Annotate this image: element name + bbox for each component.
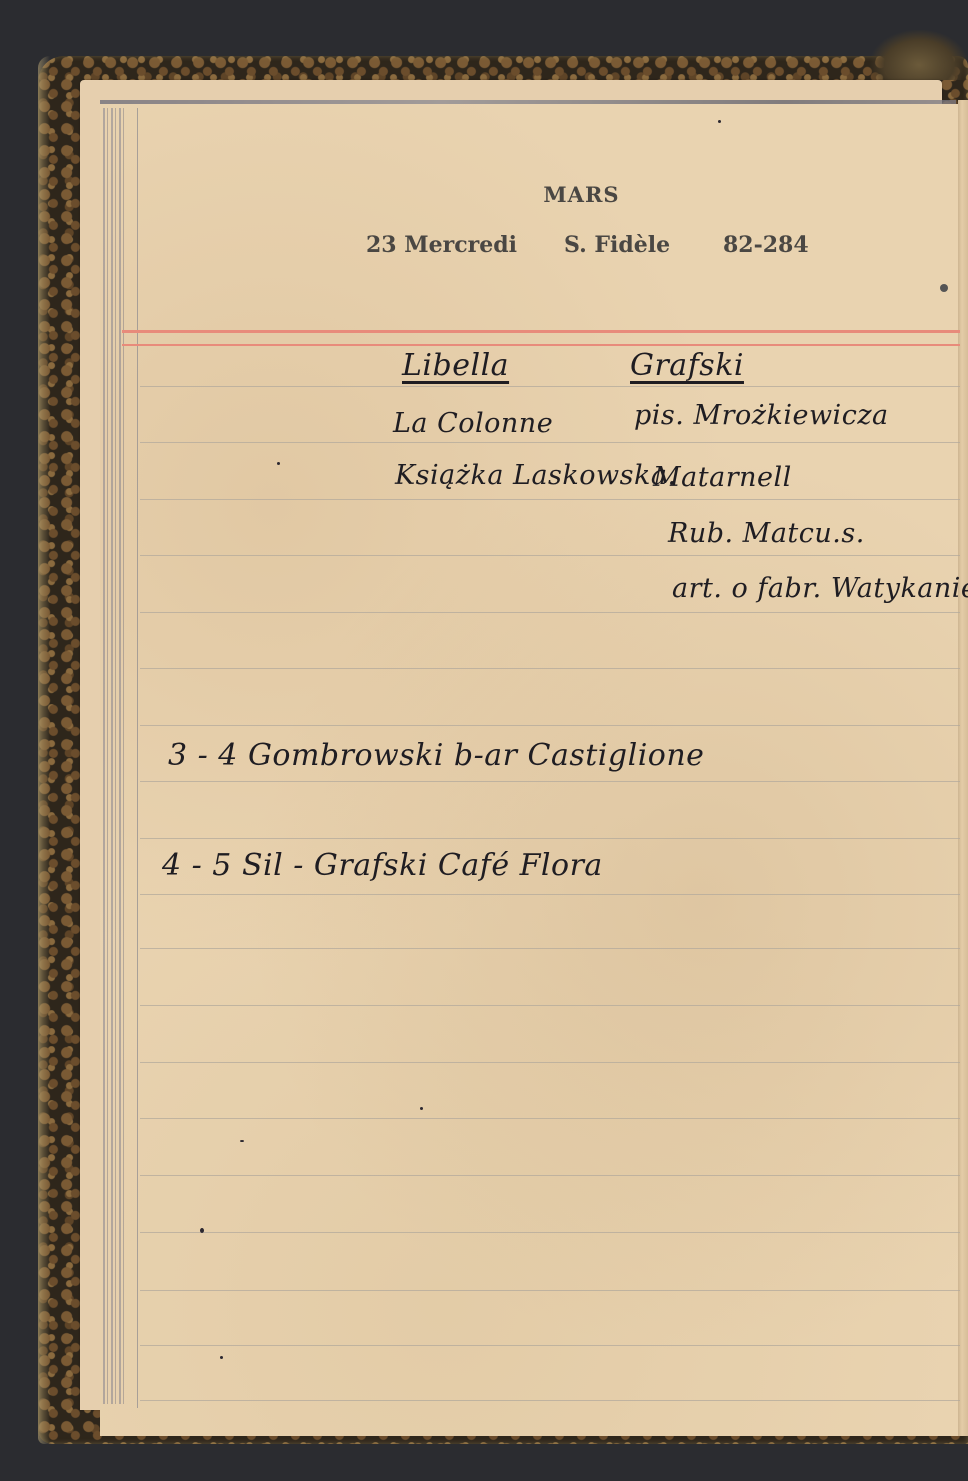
- ruled-line: [140, 386, 960, 387]
- ruled-line: [140, 1232, 960, 1233]
- ink-speck: [718, 120, 721, 123]
- ruled-line: [140, 1005, 960, 1006]
- handwritten-entry: art. o fabr. Watykanie: [672, 573, 968, 604]
- month-heading: MARS: [0, 182, 968, 207]
- ink-speck: [420, 1107, 423, 1110]
- ruled-line: [140, 948, 960, 949]
- appointment-entry: 4 - 5 Sil - Grafski Café Flora: [162, 848, 603, 883]
- ruled-line: [140, 1345, 960, 1346]
- ruled-line: [140, 1062, 960, 1063]
- handwritten-entry: Rub. Matcu.s.: [668, 518, 865, 549]
- ruled-line: [140, 555, 960, 556]
- red-rule-bottom: [122, 344, 960, 346]
- handwritten-entry: La Colonne: [393, 408, 553, 439]
- ruled-line: [140, 1400, 960, 1401]
- handwritten-entry: Matarnell: [653, 462, 792, 493]
- column-heading-libella: Libella: [402, 348, 509, 383]
- ruled-line: [140, 499, 960, 500]
- day-counter: 82-284: [723, 232, 809, 258]
- margin-line: [137, 108, 138, 1408]
- ruled-line: [140, 781, 960, 782]
- diary-scan: MARS 23 Mercredi S. Fidèle 82-284 Libell…: [0, 0, 968, 1481]
- ink-speck: [220, 1356, 223, 1359]
- saint-of-day: S. Fidèle: [564, 232, 670, 258]
- ruled-line: [140, 725, 960, 726]
- page-stack-edge: [100, 100, 956, 104]
- ink-speck: [277, 462, 280, 465]
- binding-stripe: [103, 108, 125, 1404]
- column-heading-grafski: Grafski: [630, 348, 744, 383]
- appointment-time: 3 - 4: [168, 738, 238, 773]
- ink-speck: [940, 284, 948, 292]
- ruled-line: [140, 894, 960, 895]
- appointment-entry: 3 - 4 Gombrowski b-ar Castiglione: [168, 738, 704, 773]
- appointment-text: Gombrowski b-ar Castiglione: [248, 738, 704, 773]
- ink-speck: [200, 1228, 204, 1233]
- ruled-line: [140, 612, 960, 613]
- appointment-time: 4 - 5: [162, 848, 232, 883]
- ruled-line: [140, 838, 960, 839]
- handwritten-entry: Książka Laskowska.: [395, 460, 677, 491]
- red-rule-top: [122, 330, 960, 333]
- appointment-text: Sil - Grafski Café Flora: [242, 848, 603, 883]
- ruled-line: [140, 442, 960, 443]
- page-fore-edge: [958, 100, 968, 1436]
- ruled-line: [140, 1175, 960, 1176]
- handwritten-entry: pis. Mrożkiewicza: [634, 400, 889, 431]
- cover-worn-edge: [38, 56, 50, 1444]
- cover-frayed-corner: [870, 30, 968, 80]
- ruled-line: [140, 1290, 960, 1291]
- ink-speck: [240, 1140, 244, 1142]
- ruled-line: [140, 668, 960, 669]
- ruled-line: [140, 1118, 960, 1119]
- date-label: 23 Mercredi: [366, 232, 517, 258]
